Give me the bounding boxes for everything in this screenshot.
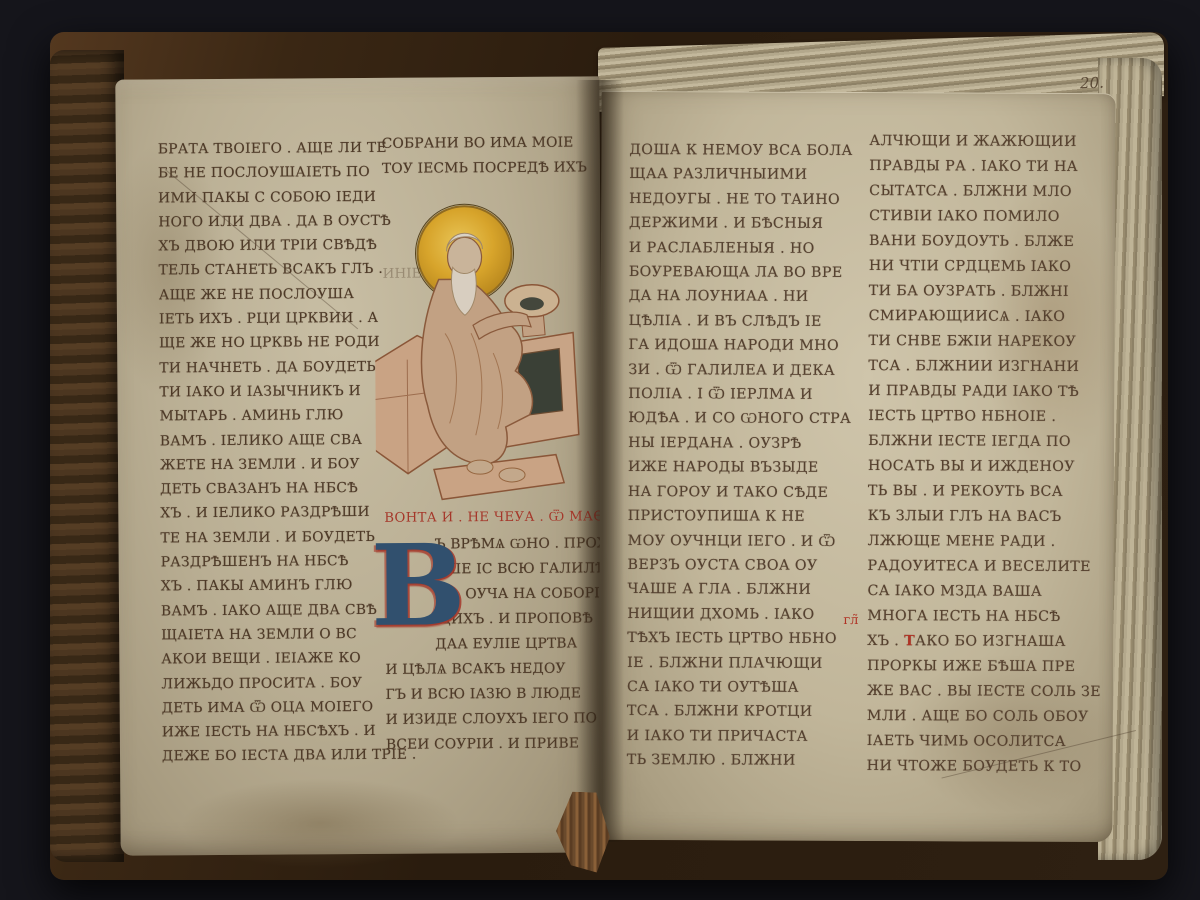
text-line: ного или два . да в оустѣ bbox=[158, 209, 388, 235]
text-line: и изиде слоухъ іего по bbox=[386, 706, 600, 732]
text-line-with-red-capital: хъ . тако бо изгнаша bbox=[867, 629, 1109, 655]
text-line: ти іако и іазычникъ и bbox=[159, 379, 389, 405]
text-line: іеть ихъ . рци црквии . а bbox=[159, 306, 389, 332]
text-line: же вас . вы іесте соль зе bbox=[867, 679, 1109, 705]
folio-number: 20. bbox=[1080, 74, 1104, 93]
initial-block: В ъ врѣмѧ ѡно . прохожааше іс всю галилѣ… bbox=[384, 531, 599, 657]
text-line: собрани во има моіе bbox=[382, 130, 596, 156]
show-through-text: иніе bbox=[383, 266, 422, 282]
text-line: щаіета на земли о вс bbox=[161, 622, 391, 648]
text-line: вамъ . іако аще два свѣ bbox=[161, 597, 391, 623]
foot bbox=[467, 460, 493, 474]
text-line: раздрѣшенъ на нбсѣ bbox=[161, 549, 391, 575]
text-line: са іако ти оутѣша bbox=[627, 675, 859, 700]
text-line: недоугы . не то таино bbox=[629, 187, 861, 212]
line-prefix: хъ . bbox=[867, 633, 904, 649]
text-line: нищии дхомь . іако bbox=[627, 602, 859, 627]
text-line: мли . аще бо соль обоу bbox=[867, 704, 1109, 730]
text-line: сытатса . блжни мло bbox=[869, 179, 1111, 205]
text-line: поліа . і ѿ іерлма и bbox=[628, 382, 860, 407]
column-top-lines: собрани во има моіетоу іесмь посредѣ ихъ bbox=[382, 130, 596, 181]
text-line: ни чтіи срдцемь іако bbox=[869, 254, 1111, 280]
text-line: держими . и бѣсныя bbox=[629, 211, 861, 236]
text-line: тоу іесмь посредѣ ихъ bbox=[382, 155, 596, 181]
text-line: ти снве бжіи нарекоу bbox=[868, 329, 1110, 355]
text-line: правды ра . іако ти на bbox=[869, 154, 1111, 180]
text-line: ни чтоже боудеть к то bbox=[867, 754, 1109, 780]
text-line: ть землю . блжни bbox=[627, 748, 859, 773]
text-line: чаше а гла . блжни bbox=[627, 577, 859, 602]
text-line: да на лоуниаа . ни bbox=[629, 284, 861, 309]
text-line: алчющи и жажющии bbox=[869, 129, 1111, 155]
column-lines-before: алчющи и жажющииправды ра . іако ти насы… bbox=[867, 129, 1111, 630]
text-line: хъ . и іелико раздрѣши bbox=[160, 500, 390, 526]
parchment-stain bbox=[180, 777, 461, 869]
text-line: доша к немоу вса бола bbox=[629, 138, 861, 163]
text-line: іаеть чимь осолитса bbox=[867, 729, 1109, 755]
left-page-column-1: брата твоіего . аще ли тебе не послоушаі… bbox=[158, 136, 392, 769]
red-capital-letter: т bbox=[904, 633, 915, 649]
left-cover-edge bbox=[50, 50, 124, 862]
text-line: и правды ради іако тѣ bbox=[868, 379, 1110, 405]
text-line: лижьдо просита . боу bbox=[161, 670, 391, 696]
text-line: верзъ оуста своа оу bbox=[628, 553, 860, 578]
text-line: боуревающа ла во вре bbox=[629, 260, 861, 285]
text-line: вани боудоуть . блже bbox=[869, 229, 1111, 255]
text-line: вамъ . іелико аще сва bbox=[160, 427, 390, 453]
left-page-column-2: собрани во има моіетоу іесмь посредѣ ихъ bbox=[382, 130, 600, 757]
text-line: на гороу и тако сѣде bbox=[628, 480, 860, 505]
text-line: са іако мзда ваша bbox=[867, 579, 1109, 605]
text-line: проркы иже бѣша пре bbox=[867, 654, 1109, 680]
text-line: мытарь . аминь глю bbox=[160, 403, 390, 429]
right-page-column-1: доша к немоу вса болащаа различныиминедо… bbox=[627, 138, 862, 774]
text-line: тѣхъ іесть цртво нбно bbox=[627, 626, 859, 651]
text-line: и цѣлѧ всакъ недоу bbox=[385, 656, 599, 682]
text-line: иже іесть на нбсѣхъ . и bbox=[162, 719, 392, 745]
right-page-column-2: алчющи и жажющииправды ра . іако ти насы… bbox=[867, 129, 1112, 780]
text-line: всеи соуріи . и приве bbox=[386, 731, 600, 757]
text-line: къ злыи глъ на васъ bbox=[868, 504, 1110, 530]
evangelist-miniature bbox=[374, 182, 594, 502]
manuscript-photo: брата твоіего . аще ли тебе не послоушаі… bbox=[0, 0, 1200, 900]
text-line: блжни іесте іегда по bbox=[868, 429, 1110, 455]
red-marginal-note: гл̃ bbox=[843, 613, 858, 628]
text-line: акои вещи . іеіаже ко bbox=[161, 646, 391, 672]
gutter-shadow bbox=[576, 80, 624, 842]
text-line: иже народы възыде bbox=[628, 455, 860, 480]
text-line: зи . ѿ галилеа и дека bbox=[628, 358, 860, 383]
line-suffix: ако бо изгнаша bbox=[915, 633, 1066, 650]
text-line: брата твоіего . аще ли те bbox=[158, 136, 388, 162]
column-lines-after: проркы иже бѣша преже вас . вы іесте сол… bbox=[867, 654, 1110, 780]
book-cover: брата твоіего . аще ли тебе не послоушаі… bbox=[50, 32, 1168, 880]
text-line: деже бо іеста два или тріе . bbox=[162, 743, 392, 769]
column-bottom-lines: и цѣлѧ всакъ недоугъ и всю іазю в людеи … bbox=[385, 656, 600, 757]
text-line: цѣліа . и въ слѣдъ іе bbox=[629, 309, 861, 334]
text-line: моу оучнци іего . и ѿ bbox=[628, 529, 860, 554]
text-line: жете на земли . и боу bbox=[160, 452, 390, 478]
text-line: бе не послоушаіеть по bbox=[158, 160, 388, 186]
text-line: и раслабленыя . но bbox=[629, 236, 861, 261]
text-line: ти ба оузрать . блжні bbox=[869, 279, 1111, 305]
decorated-initial: В bbox=[370, 534, 466, 638]
text-line: радоуитеса и веселите bbox=[868, 554, 1110, 580]
text-line: смирающиисѧ . іако bbox=[869, 304, 1111, 330]
text-line: аще же не послоуша bbox=[159, 282, 389, 308]
text-line: іесть цртво нбноіе . bbox=[868, 404, 1110, 430]
text-line: тса . блжни кротци bbox=[627, 699, 859, 724]
text-line: и іако ти причаста bbox=[627, 724, 859, 749]
text-line: іе . блжни плачющи bbox=[627, 651, 859, 676]
text-line: га идоша народи мно bbox=[628, 333, 860, 358]
text-line: ти начнеть . да боудеть bbox=[159, 354, 389, 380]
text-line: щаа различныими bbox=[629, 162, 861, 187]
text-line: лжюще мене ради . bbox=[868, 529, 1110, 555]
text-line: стивіи іако помило bbox=[869, 204, 1111, 230]
foot bbox=[499, 468, 525, 482]
text-line: хъ двою или тріи свѣдѣ bbox=[158, 233, 388, 259]
text-line: тель станеть всакъ глъ . bbox=[159, 257, 389, 283]
text-line: пристоупиша к не bbox=[628, 504, 860, 529]
text-line: те на земли . и боудеть bbox=[160, 525, 390, 551]
text-line: ими пакы с собою іеди bbox=[158, 184, 388, 210]
text-line: гъ и всю іазю в люде bbox=[386, 681, 600, 707]
text-line: ще же но црквь не роди bbox=[159, 330, 389, 356]
text-line: ть вы . и рекоуть вса bbox=[868, 479, 1110, 505]
left-page: брата твоіего . аще ли тебе не послоушаі… bbox=[115, 76, 604, 855]
text-line: хъ . пакы аминъ глю bbox=[161, 573, 391, 599]
text-line: юдѣа . и со ѡного стра bbox=[628, 406, 860, 431]
right-page: доша к немоу вса болащаа различныиминедо… bbox=[598, 91, 1115, 842]
text-line: носать вы и ижденоу bbox=[868, 454, 1110, 480]
text-line: ны іердана . оузрѣ bbox=[628, 431, 860, 456]
text-line: тса . блжнии изгнани bbox=[868, 354, 1110, 380]
text-line: многа іесть на нбсѣ bbox=[867, 604, 1109, 630]
text-line: деть свазанъ на нбсѣ bbox=[160, 476, 390, 502]
text-line: деть има ѿ оца моіего bbox=[162, 695, 392, 721]
